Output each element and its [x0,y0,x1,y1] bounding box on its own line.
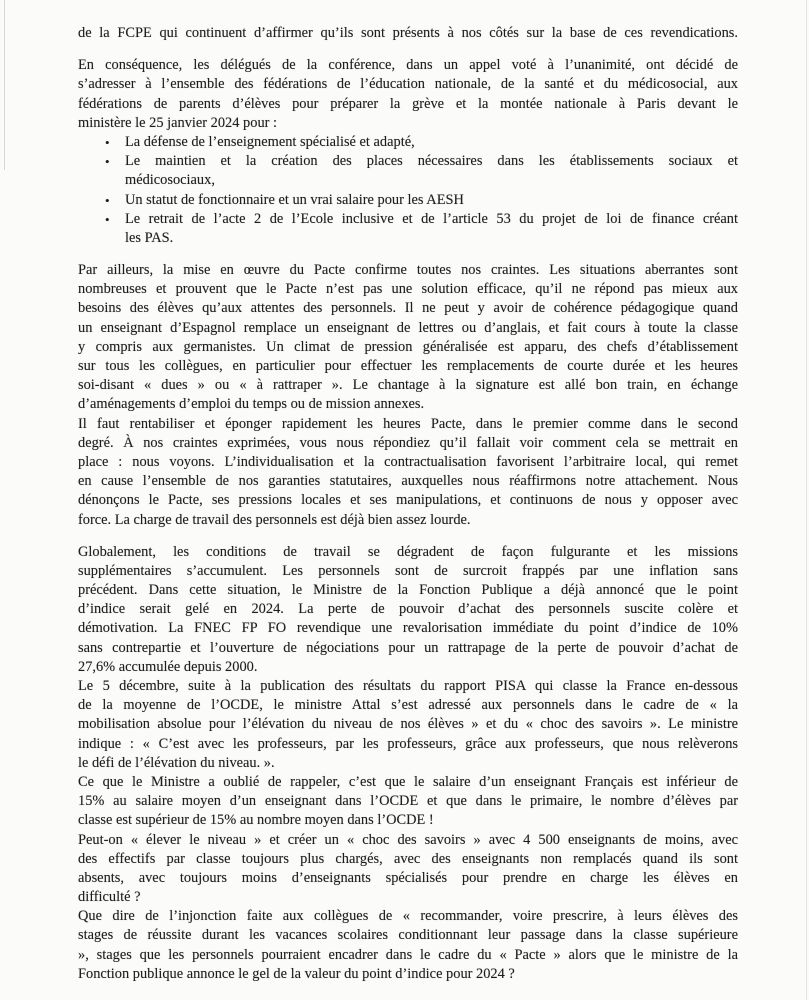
bullet-icon: • [105,210,110,229]
text-line: les PAS. [125,229,738,248]
text-line: En conséquence, les délégués de la confé… [78,56,738,75]
scan-edge-artifact-left [4,0,5,170]
text-line: s’adresser à l’ensemble des fédérations … [78,75,738,94]
text-line: soi-disant « dues » ou « à rattraper ». … [78,376,738,395]
text-line: stages de réussite durant les vacances s… [78,926,738,945]
list-item: •Un statut de fonctionnaire et un vrai s… [78,191,738,210]
paragraph: Globalement, les conditions de travail s… [78,543,738,677]
list-item: •Le maintien et la création des places n… [78,152,738,190]
text-line: sur tous les collègues, en particulier p… [78,357,738,376]
bullet-icon: • [105,152,110,171]
bullet-icon: • [105,133,110,152]
bullet-icon: • [105,191,110,210]
paragraph: En conséquence, les délégués de la confé… [78,56,738,133]
text-line: Ce que le Ministre a oublié de rappeler,… [78,773,738,792]
text-line: de la FCPE qui continuent d’affirmer qu’… [78,24,738,43]
text-line: précédent. Dans cette situation, le Mini… [78,581,738,600]
paragraph: Que dire de l’injonction faite aux collè… [78,907,738,984]
text-line: », stages que les personnels pourraient … [78,946,738,965]
text-line: degré. À nos craintes exprimées, vous no… [78,434,738,453]
text-line: Le 5 décembre, suite à la publication de… [78,677,738,696]
paragraph: Le 5 décembre, suite à la publication de… [78,677,738,773]
text-line: Par ailleurs, la mise en œuvre du Pacte … [78,261,738,280]
text-line: ministère le 25 janvier 2024 pour : [78,114,738,133]
text-line: Le retrait de l’acte 2 de l’Ecole inclus… [125,210,738,229]
text-line: un enseignant d’Espagnol remplace un ens… [78,319,738,338]
text-line: Fonction publique annonce le gel de la v… [78,965,738,984]
text-line: force. La charge de travail des personne… [78,511,738,530]
text-line: absents, avec toujours moins d’enseignan… [78,869,738,888]
bullet-list: •La défense de l’enseignement spécialisé… [78,133,738,248]
text-line: besoins des élèves qu’aux attentes des p… [78,299,738,318]
text-line: médicosociaux, [125,171,738,190]
text-line: démotivation. La FNEC FP FO revendique u… [78,619,738,638]
text-line: mobilisation absolue pour l’élévation du… [78,715,738,734]
paragraph: Ce que le Ministre a oublié de rappeler,… [78,773,738,831]
paragraph: Peut-on « élever le niveau » et créer un… [78,831,738,908]
text-line: Globalement, les conditions de travail s… [78,543,738,562]
text-line: le défi de l’élévation du niveau. ». [78,754,738,773]
list-item: •La défense de l’enseignement spécialisé… [78,133,738,152]
text-line: de la moyenne de l’OCDE, le ministre Att… [78,696,738,715]
text-line: sans contrepartie et l’ouverture de négo… [78,639,738,658]
text-line: 27,6% accumulée depuis 2000. [78,658,738,677]
text-line: indique : « C’est avec les professeurs, … [78,735,738,754]
list-item: •Le retrait de l’acte 2 de l’Ecole inclu… [78,210,738,248]
text-line: supplémentaires s’accumulent. Les person… [78,562,738,581]
text-line: des effectifs par classe toujours plus c… [78,850,738,869]
text-block: de la FCPE qui continuent d’affirmer qu’… [78,24,738,984]
text-line: Le maintien et la création des places né… [125,152,738,171]
scanned-document-page: de la FCPE qui continuent d’affirmer qu’… [0,0,809,1000]
text-line: classe est supérieur de 15% au nombre mo… [78,811,738,830]
text-line: y compris aux germanistes. Un climat de … [78,338,738,357]
text-line: d’indice serait gelé en 2024. La perte d… [78,600,738,619]
text-line: dénonçons le Pacte, ses pressions locale… [78,491,738,510]
text-line: 15% au salaire moyen d’un enseignant dan… [78,792,738,811]
text-line: La défense de l’enseignement spécialisé … [125,133,738,152]
paragraph: Il faut rentabiliser et éponger rapideme… [78,415,738,530]
paragraph: Par ailleurs, la mise en œuvre du Pacte … [78,261,738,415]
text-line: place : nous voyons. L’individualisation… [78,453,738,472]
scan-edge-artifact-right [806,0,807,1000]
text-line: d’aménagements d’emploi du temps ou de m… [78,395,738,414]
paragraph: de la FCPE qui continuent d’affirmer qu’… [78,24,738,43]
text-line: nombreuses et prouvent que le Pacte n’es… [78,280,738,299]
text-line: en cause l’ensemble de nos garanties sta… [78,472,738,491]
text-line: Que dire de l’injonction faite aux collè… [78,907,738,926]
text-line: Il faut rentabiliser et éponger rapideme… [78,415,738,434]
text-line: fédérations de parents d’élèves pour pré… [78,95,738,114]
text-line: Un statut de fonctionnaire et un vrai sa… [125,191,738,210]
text-line: Peut-on « élever le niveau » et créer un… [78,831,738,850]
text-line: difficulté ? [78,888,738,907]
